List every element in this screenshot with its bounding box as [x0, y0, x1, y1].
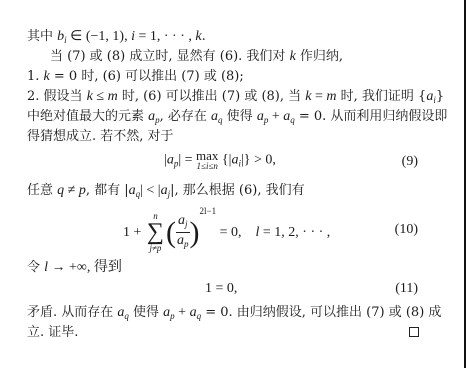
equation-11: 1 = 0, — [205, 281, 237, 297]
equation-number-9: (9) — [402, 154, 418, 170]
text-line-7: 任意 q ≠ p, 都有 |aq| < |aj|, 那么根据 (6), 我们有 — [27, 182, 305, 203]
equation-10: 1 + n∑j≠p(ajap)2l−1 = 0,l = 1, 2, · · · … — [123, 206, 330, 253]
equation-9: |ap| = max1≤i≤n {|ai|} > 0, — [164, 150, 276, 171]
text-line-8: 令 l → +∞, 得到 — [27, 259, 122, 277]
qed-square-icon — [409, 327, 419, 337]
equation-number-11: (11) — [395, 281, 418, 297]
text-line-2: 当 (7) 或 (8) 成立时, 显然有 (6). 我们对 k 作归纳, — [50, 48, 343, 66]
equation-number-10: (10) — [395, 222, 418, 238]
text-line-3: 1. k = 0 时, (6) 可以推出 (7) 或 (8); — [27, 68, 244, 86]
text-line-1: 其中 bi ∈ (−1, 1), i = 1, · · · , k. — [27, 28, 206, 49]
text-line-5: 中绝对值最大的元素 ap, 必存在 aq 使得 ap + aq = 0. 从而利… — [27, 108, 447, 129]
text-line-4: 2. 假设当 k ≤ m 时, (6) 可以推出 (7) 或 (8), 当 k … — [27, 88, 444, 109]
text-line-10: 立. 证毕. — [27, 324, 78, 342]
text-line-9: 矛盾. 从而存在 aq 使得 ap + aq = 0. 由归纳假设, 可以推出 … — [27, 304, 441, 325]
text-line-6: 得猜想成立. 若不然, 对于 — [27, 128, 174, 146]
